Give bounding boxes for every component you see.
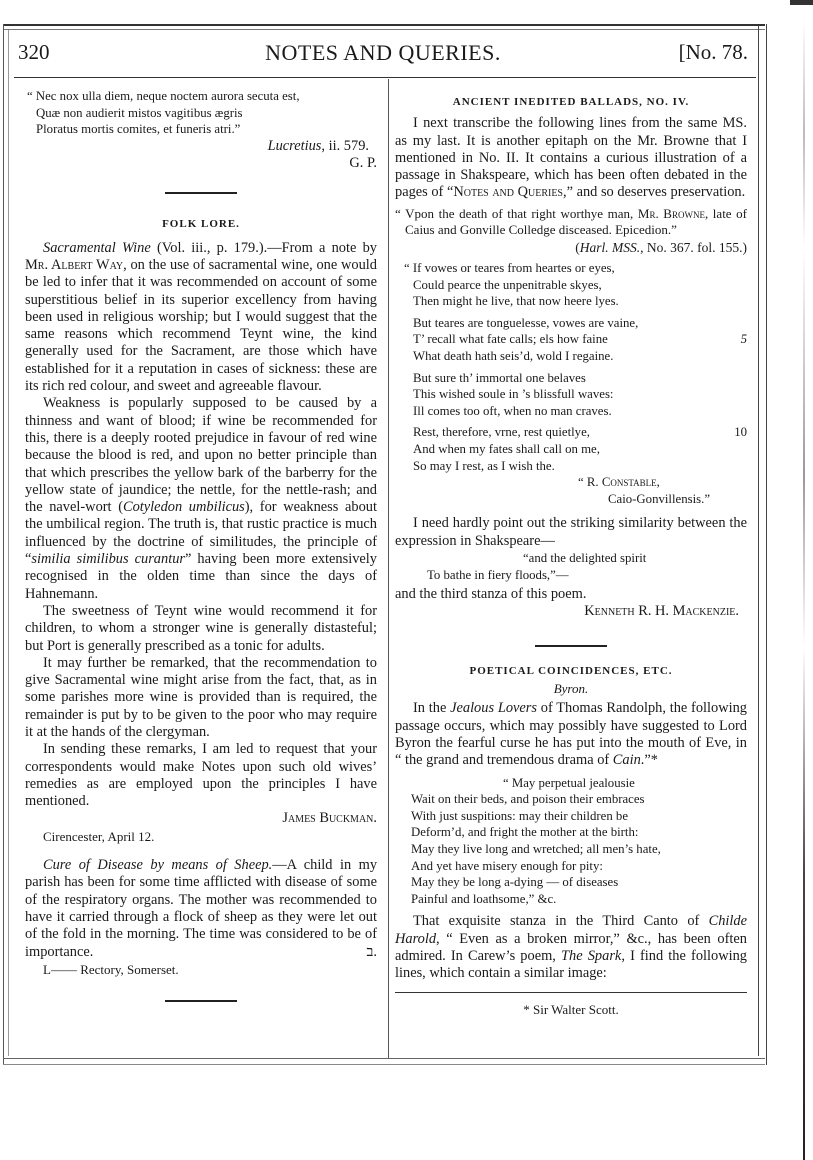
- verse-line: Then might he live, that now heere lyes.: [413, 293, 747, 310]
- verse-line: What death hath seis’d, wold I regaine.: [413, 348, 747, 365]
- coincidences-para-2: That exquisite stanza in the Third Canto…: [395, 913, 747, 982]
- title-reference: (Vol. iii., p. 179.).—From a note by: [151, 240, 377, 256]
- randolph-quote: “ May perpetual jealousie Wait on their …: [395, 775, 747, 908]
- coincidences-para-1: In the Jealous Lovers of Thomas Randolph…: [395, 700, 747, 769]
- quote-line: Deform’d, and fright the mother at the b…: [411, 824, 747, 841]
- verse-line: But sure th’ immortal one belaves: [413, 370, 747, 387]
- stanza-2: But teares are tonguelesse, vowes are va…: [413, 315, 747, 365]
- verse-line: Could pearce the unpenitrable skyes,: [413, 277, 747, 294]
- verse-line: And when my fates shall call on me,: [413, 441, 747, 458]
- epigraph-line: Quæ non audierit mistos vagitibus ægris: [27, 105, 377, 122]
- sacramental-wine-para-1: Sacramental Wine (Vol. iii., p. 179.).—F…: [25, 240, 377, 396]
- poem-signature-affiliation: Caio-Gonvillensis.”: [413, 491, 747, 508]
- page-edge-shadow: [803, 20, 805, 1160]
- verse-line-numbered: Rest, therefore, vrne, rest quietlye,10: [413, 424, 747, 441]
- issue-number: [No. 78.: [679, 40, 748, 65]
- epigraph-line: Ploratus mortis comites, et funeris atri…: [27, 121, 377, 138]
- sacramental-wine-para-4: It may further be remarked, that the rec…: [25, 655, 377, 741]
- quote-line: With just suspitions: may their children…: [411, 808, 747, 825]
- latin-motto: similia similibus curantur: [31, 551, 185, 567]
- sacramental-wine-title: Sacramental Wine: [43, 240, 151, 256]
- stanza-1: “ If vowes or teares from heartes or eye…: [413, 260, 747, 310]
- quote-line: To bathe in fiery floods,”—: [395, 567, 747, 584]
- stanza-4: Rest, therefore, vrne, rest quietlye,10 …: [413, 424, 747, 474]
- epicedion-poem: “ If vowes or teares from heartes or eye…: [395, 260, 747, 507]
- latin-plant-name: Cotyledon umbilicus: [123, 499, 245, 515]
- verse-line: But teares are tonguelesse, vowes are va…: [413, 315, 747, 332]
- column-divider: [388, 79, 389, 1058]
- line-number: 5: [741, 331, 747, 348]
- epigraph-signature: G. P.: [25, 155, 377, 172]
- footnote: * Sir Walter Scott.: [395, 1001, 747, 1018]
- header-rule: [14, 77, 756, 78]
- cure-by-sheep-title: Cure of Disease by means of Sheep.: [43, 857, 272, 873]
- verse-text: Rest, therefore, vrne, rest quietlye,: [413, 425, 590, 439]
- paragraph-text: Weakness is popularly supposed to be cau…: [25, 395, 377, 515]
- frame-rule-bottom: [3, 1058, 765, 1059]
- poem-title: The Spark: [561, 948, 621, 964]
- left-column: “ Nec nox ulla diem, neque noctem aurora…: [25, 88, 377, 1002]
- epigraph-source-author: Lucretius: [268, 138, 322, 154]
- shakspeare-quote: “and the delighted spirit To bathe in fi…: [395, 550, 747, 583]
- quote-line: Painful and loathsome,” &c.: [411, 891, 747, 908]
- verse-line-numbered: T’ recall what fate calls; els how faine…: [413, 331, 747, 348]
- quote-line: May they live long and wretched; all men…: [411, 841, 747, 858]
- journal-title: Notes and Queries: [453, 184, 563, 200]
- paragraph-text: , on the use of sacramental wine, one wo…: [25, 257, 377, 394]
- paragraph-text: That exquisite stanza in the Third Canto…: [413, 913, 709, 929]
- frame-rule-bottom-outer: [3, 1064, 765, 1065]
- drama-title: Cain: [613, 752, 641, 768]
- section-rule: [535, 645, 607, 647]
- quote-line: “and the delighted spirit: [395, 550, 747, 567]
- poem-title-text: “ Vpon the death of that right worthye m…: [395, 206, 638, 221]
- signature-james-buckman: James Buckman.: [25, 810, 377, 827]
- line-number: 10: [734, 424, 747, 441]
- verse-line: “ If vowes or teares from heartes or eye…: [404, 260, 747, 277]
- right-column: ANCIENT INEDITED BALLADS, NO. IV. I next…: [395, 88, 747, 1019]
- poem-signature: “ R. Constable,: [413, 474, 747, 491]
- running-title: NOTES AND QUERIES.: [18, 40, 748, 66]
- play-title: Jealous Lovers: [450, 700, 537, 716]
- epigraph-line: “ Nec nox ulla diem, neque noctem aurora…: [27, 88, 377, 105]
- footnote-rule: [395, 992, 747, 993]
- quote-line: And yet have misery enough for pity:: [411, 858, 747, 875]
- signature-kenneth-mackenzie: Kenneth R. H. Mackenzie.: [395, 603, 739, 620]
- quote-line: “ May perpetual jealousie: [411, 775, 747, 792]
- subheading-text: Byron.: [554, 681, 589, 696]
- section-rule: [165, 192, 237, 194]
- sacramental-wine-para-2: Weakness is popularly supposed to be cau…: [25, 395, 377, 603]
- verse-line: This wished soule in ’s blissfull waves:: [413, 386, 747, 403]
- epigraph: “ Nec nox ulla diem, neque noctem aurora…: [27, 88, 377, 138]
- verse-text: T’ recall what fate calls; els how faine: [413, 332, 608, 346]
- author-mention: Mr. Albert Way: [25, 257, 123, 273]
- paragraph-text: ,” and so deserves preservation.: [563, 184, 745, 200]
- coincidences-heading: POETICAL COINCIDENCES, ETC.: [395, 663, 747, 680]
- poem-subject-name: Mr. Browne: [638, 206, 705, 221]
- epigraph-source-ref: , ii. 579.: [321, 138, 369, 154]
- dateline-rectory: L—— Rectory, Somerset.: [25, 961, 377, 978]
- paragraph-text: In the: [413, 700, 450, 716]
- verse-line: Ill comes too oft, when no man craves.: [413, 403, 747, 420]
- poem-title: “ Vpon the death of that right worthye m…: [395, 206, 747, 239]
- ballads-comment: I need hardly point out the striking sim…: [395, 515, 747, 550]
- citation-italic: Harl. MSS.: [580, 240, 640, 255]
- verse-line: So may I rest, as I wish the.: [413, 458, 747, 475]
- cure-by-sheep-para: Cure of Disease by means of Sheep.—A chi…: [25, 857, 377, 961]
- folk-lore-heading: FOLK LORE.: [25, 216, 377, 233]
- frame-rule-left-inner: [8, 30, 9, 1056]
- ballads-comment-end: and the third stanza of this poem.: [395, 586, 747, 603]
- sacramental-wine-para-3: The sweetness of Teynt wine would recomm…: [25, 603, 377, 655]
- frame-rule-right-inner: [758, 26, 759, 1056]
- citation-rest: , No. 367. fol. 155.): [640, 240, 747, 255]
- dateline-cirencester: Cirencester, April 12.: [25, 828, 377, 845]
- manuscript-citation: (Harl. MSS., No. 367. fol. 155.): [395, 239, 747, 256]
- sacramental-wine-para-5: In sending these remarks, I am led to re…: [25, 741, 377, 810]
- stanza-3: But sure th’ immortal one belaves This w…: [413, 370, 747, 420]
- section-rule: [165, 1000, 237, 1002]
- running-header: 320 NOTES AND QUERIES. [No. 78.: [18, 40, 748, 74]
- signature-hebrew-beth: ב.: [348, 944, 377, 961]
- quote-line: May they be long a-dying — of diseases: [411, 874, 747, 891]
- scan-corner-smudge: [790, 0, 813, 5]
- paragraph-text: .”*: [641, 752, 658, 768]
- quote-line: Wait on their beds, and poison their emb…: [411, 791, 747, 808]
- epigraph-source: Lucretius, ii. 579.: [25, 138, 369, 155]
- ballads-heading: ANCIENT INEDITED BALLADS, NO. IV.: [395, 94, 747, 111]
- ballads-intro: I next transcribe the following lines fr…: [395, 115, 747, 201]
- coincidences-subheading: Byron.: [395, 680, 747, 697]
